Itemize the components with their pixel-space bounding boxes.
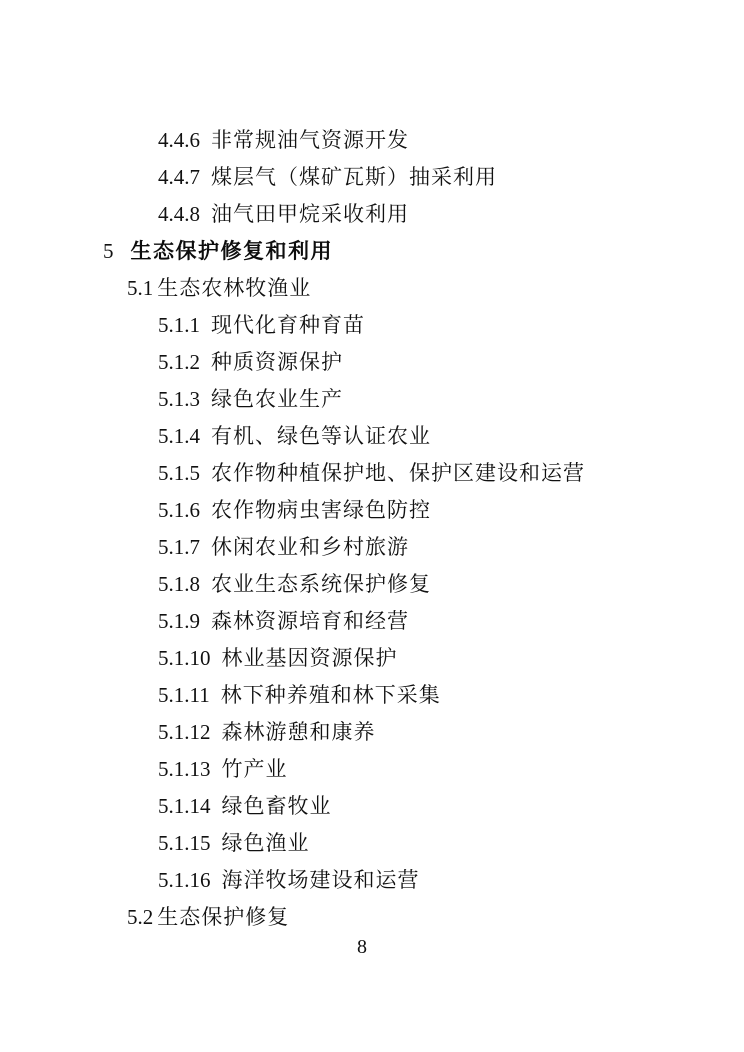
outline-item-number: 5.1.10: [158, 646, 211, 670]
outline-item: 5.1.1现代化育种育苗: [0, 307, 744, 344]
outline-item-label: 竹产业: [222, 757, 288, 781]
outline-item-label: 有机、绿色等认证农业: [211, 424, 431, 448]
outline-item: 5.1.12森林游憩和康养: [0, 714, 744, 751]
outline-item-label: 绿色畜牧业: [222, 794, 332, 818]
outline-item: 5.1.13竹产业: [0, 751, 744, 788]
outline-item: 5.1.3绿色农业生产: [0, 381, 744, 418]
outline-item: 5.1.6农作物病虫害绿色防控: [0, 492, 744, 529]
outline-item: 5.1.4有机、绿色等认证农业: [0, 418, 744, 455]
outline-item-number: 5.1.3: [158, 387, 200, 411]
outline-item-label: 农作物种植保护地、保护区建设和运营: [211, 461, 585, 485]
outline-item-number: 5.1.1: [158, 313, 200, 337]
outline-item-number: 5.1.15: [158, 831, 211, 855]
outline-item: 5.1.15绿色渔业: [0, 825, 744, 862]
outline-item-label: 现代化育种育苗: [211, 313, 365, 337]
outline-item-number: 5: [103, 239, 114, 263]
outline-item-label: 森林游憩和康养: [222, 720, 376, 744]
outline-item-number: 5.1.14: [158, 794, 211, 818]
outline-item-number: 5.1.5: [158, 461, 200, 485]
outline-item-number: 5.1.7: [158, 535, 200, 559]
outline-item-label: 农作物病虫害绿色防控: [211, 498, 431, 522]
outline-list: 4.4.6非常规油气资源开发4.4.7煤层气（煤矿瓦斯）抽采利用4.4.8油气田…: [0, 0, 744, 936]
outline-item-number: 5.1.16: [158, 868, 211, 892]
outline-item-number: 5.1.6: [158, 498, 200, 522]
outline-item-number: 4.4.7: [158, 165, 200, 189]
outline-item-number: 5.1.11: [158, 683, 210, 707]
outline-item: 5.1.11林下种养殖和林下采集: [0, 677, 744, 714]
outline-item-label: 生态农林牧渔业: [157, 276, 311, 300]
outline-item: 5生态保护修复和利用: [0, 233, 744, 270]
outline-item-number: 5.1.8: [158, 572, 200, 596]
document-page: 4.4.6非常规油气资源开发4.4.7煤层气（煤矿瓦斯）抽采利用4.4.8油气田…: [0, 0, 744, 1052]
outline-item-label: 休闲农业和乡村旅游: [211, 535, 409, 559]
outline-item-number: 4.4.8: [158, 202, 200, 226]
outline-item-label: 种质资源保护: [211, 350, 343, 374]
outline-item: 5.1.9森林资源培育和经营: [0, 603, 744, 640]
outline-item-number: 5.1.12: [158, 720, 211, 744]
outline-item-label: 农业生态系统保护修复: [211, 572, 431, 596]
outline-item-label: 油气田甲烷采收利用: [211, 202, 409, 226]
outline-item-label: 林业基因资源保护: [222, 646, 398, 670]
outline-item: 5.1.7休闲农业和乡村旅游: [0, 529, 744, 566]
outline-item-label: 林下种养殖和林下采集: [221, 683, 441, 707]
outline-item: 4.4.6非常规油气资源开发: [0, 122, 744, 159]
outline-item-number: 5.1: [127, 276, 153, 300]
page-number: 8: [0, 936, 724, 959]
outline-item-number: 5.1.4: [158, 424, 200, 448]
outline-item: 5.1.16海洋牧场建设和运营: [0, 862, 744, 899]
outline-item-label: 海洋牧场建设和运营: [222, 868, 420, 892]
outline-item-label: 绿色农业生产: [211, 387, 343, 411]
outline-item-number: 5.2: [127, 905, 153, 929]
outline-item-number: 5.1.13: [158, 757, 211, 781]
outline-item: 5.2生态保护修复: [0, 899, 744, 936]
outline-item: 5.1.14绿色畜牧业: [0, 788, 744, 825]
outline-item: 5.1.8农业生态系统保护修复: [0, 566, 744, 603]
outline-item-number: 5.1.9: [158, 609, 200, 633]
outline-item-label: 非常规油气资源开发: [211, 128, 409, 152]
outline-item-number: 4.4.6: [158, 128, 200, 152]
outline-item-label: 生态保护修复: [157, 905, 289, 929]
outline-item: 5.1.10林业基因资源保护: [0, 640, 744, 677]
outline-item: 5.1.2种质资源保护: [0, 344, 744, 381]
outline-item-label: 生态保护修复和利用: [131, 240, 334, 263]
outline-item: 4.4.8油气田甲烷采收利用: [0, 196, 744, 233]
outline-item-number: 5.1.2: [158, 350, 200, 374]
outline-item-label: 森林资源培育和经营: [211, 609, 409, 633]
outline-item-label: 绿色渔业: [222, 831, 310, 855]
outline-item: 5.1生态农林牧渔业: [0, 270, 744, 307]
outline-item: 5.1.5农作物种植保护地、保护区建设和运营: [0, 455, 744, 492]
outline-item-label: 煤层气（煤矿瓦斯）抽采利用: [211, 165, 497, 189]
outline-item: 4.4.7煤层气（煤矿瓦斯）抽采利用: [0, 159, 744, 196]
